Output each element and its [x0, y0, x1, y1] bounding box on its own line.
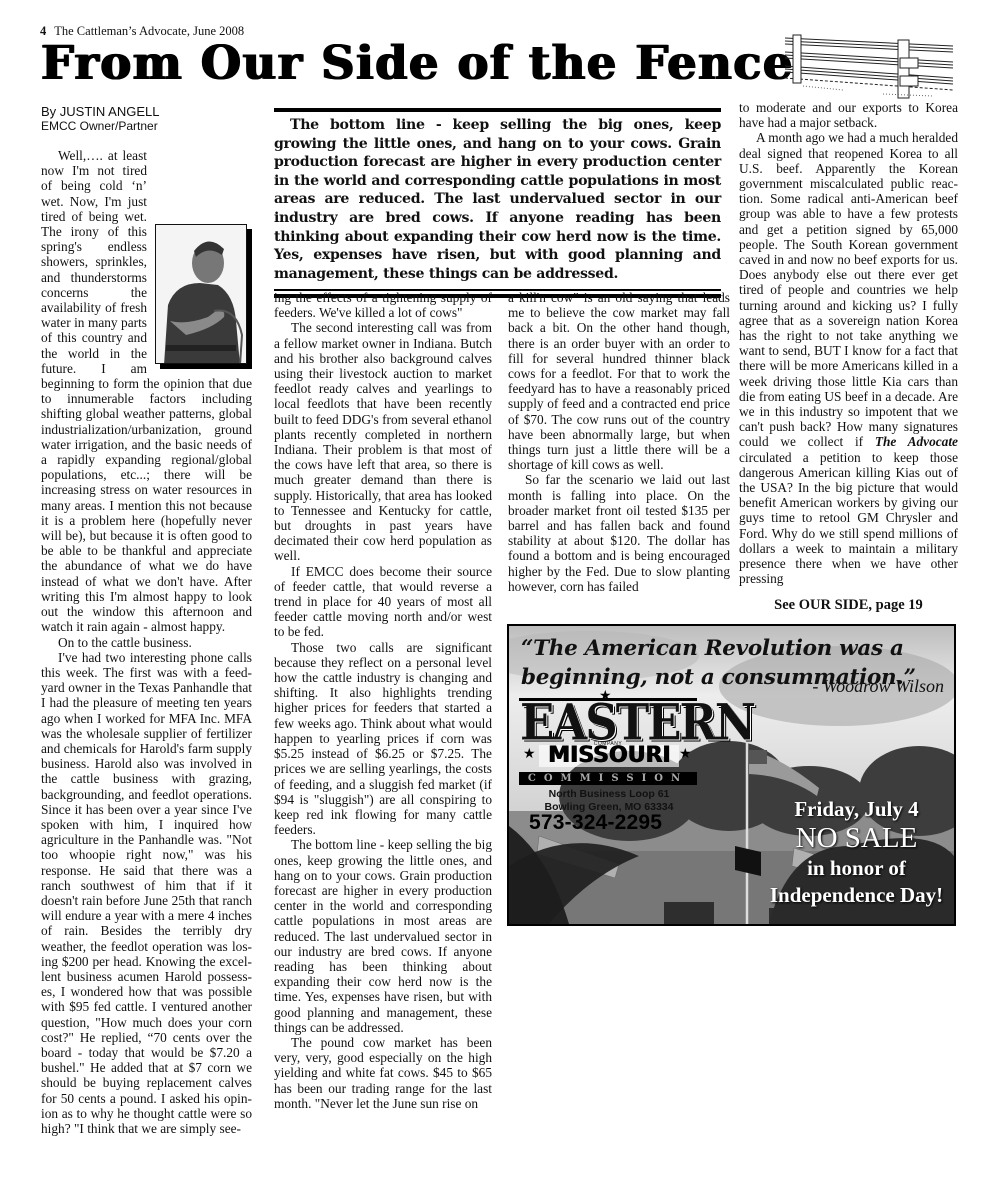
rule-divider — [274, 108, 721, 112]
notice-headline: NO SALE — [759, 822, 954, 854]
no-sale-notice: Friday, July 4 NO SALE in honor of Indep… — [759, 796, 954, 908]
byline: By JUSTIN ANGELL EMCC Owner/Partner — [41, 104, 159, 134]
article-column-3: a kill'n cow" is an old saying that lead… — [508, 290, 730, 594]
article-paragraph: If EMCC does become their source of feed… — [274, 564, 492, 640]
article-column-4: to moderate and our exports to Korea hav… — [739, 100, 958, 587]
fence-illustration-icon — [783, 32, 955, 100]
star-icon: ★ — [523, 748, 536, 762]
author-photo — [155, 224, 247, 364]
author-role: EMCC Owner/Partner — [41, 119, 159, 134]
pull-quote: The bottom line - keep selling the big o… — [274, 108, 721, 298]
article-text: A month ago we had a much herald­ed deal… — [739, 130, 958, 449]
article-paragraph: to moderate and our exports to Korea hav… — [739, 100, 958, 130]
article-paragraph: ing the effects of a tightening supply o… — [274, 290, 492, 320]
article-paragraph: Those two calls are significant because … — [274, 640, 492, 838]
article-column-2: ing the effects of a tightening supply o… — [274, 290, 492, 1111]
continued-on-link[interactable]: See OUR SIDE, page 19 — [739, 597, 958, 613]
article-paragraph: The pound cow market has been very, very… — [274, 1035, 492, 1111]
article-paragraph: a kill'n cow" is an old saying that lead… — [508, 290, 730, 472]
eastern-missouri-commission-logo: ★ EASTERN COMPANY ★ MISSOURI ★ COMMISSIO… — [519, 692, 699, 788]
publication-name: The Advocate — [875, 434, 958, 449]
notice-date: Friday, July 4 — [759, 796, 954, 822]
ad-phone-number[interactable]: 573-324-2295 — [529, 812, 662, 834]
logo-missouri: MISSOURI — [539, 745, 679, 767]
article-paragraph: The second interesting call was from a f… — [274, 320, 492, 563]
notice-line-3: in honor of — [759, 854, 954, 882]
logo-commission: COMMISSION — [519, 772, 697, 785]
column-title: From Our Side of the Fence — [40, 36, 793, 92]
article-paragraph: Well,…. at least now I'm not tired of be… — [41, 148, 252, 635]
article-paragraph: So far the scenario we laid out last mon… — [508, 472, 730, 594]
ad-quote-attribution: - Woodrow Wilson — [812, 676, 944, 697]
article-text: circulated a petition to keep those dang… — [739, 450, 958, 587]
article-column-1: Well,…. at least now I'm not tired of be… — [41, 148, 252, 1136]
article-paragraph: A month ago we had a much herald­ed deal… — [739, 130, 958, 586]
notice-line-4: Independence Day! — [759, 882, 954, 908]
author-portrait-icon — [156, 225, 247, 364]
advertisement: “The American Revolution was a beginning… — [507, 624, 956, 926]
pull-quote-text: The bottom line - keep selling the big o… — [274, 116, 721, 283]
article-paragraph: On to the cattle business. — [41, 635, 252, 650]
author-name: By JUSTIN ANGELL — [41, 104, 159, 119]
author-photo-frame — [155, 224, 252, 369]
address-line-1: North Business Loop 61 — [519, 788, 699, 801]
star-icon: ★ — [679, 748, 692, 762]
article-paragraph: The bottom line - keep selling the big o… — [274, 837, 492, 1035]
article-paragraph: I've had two interesting phone calls thi… — [41, 650, 252, 1137]
